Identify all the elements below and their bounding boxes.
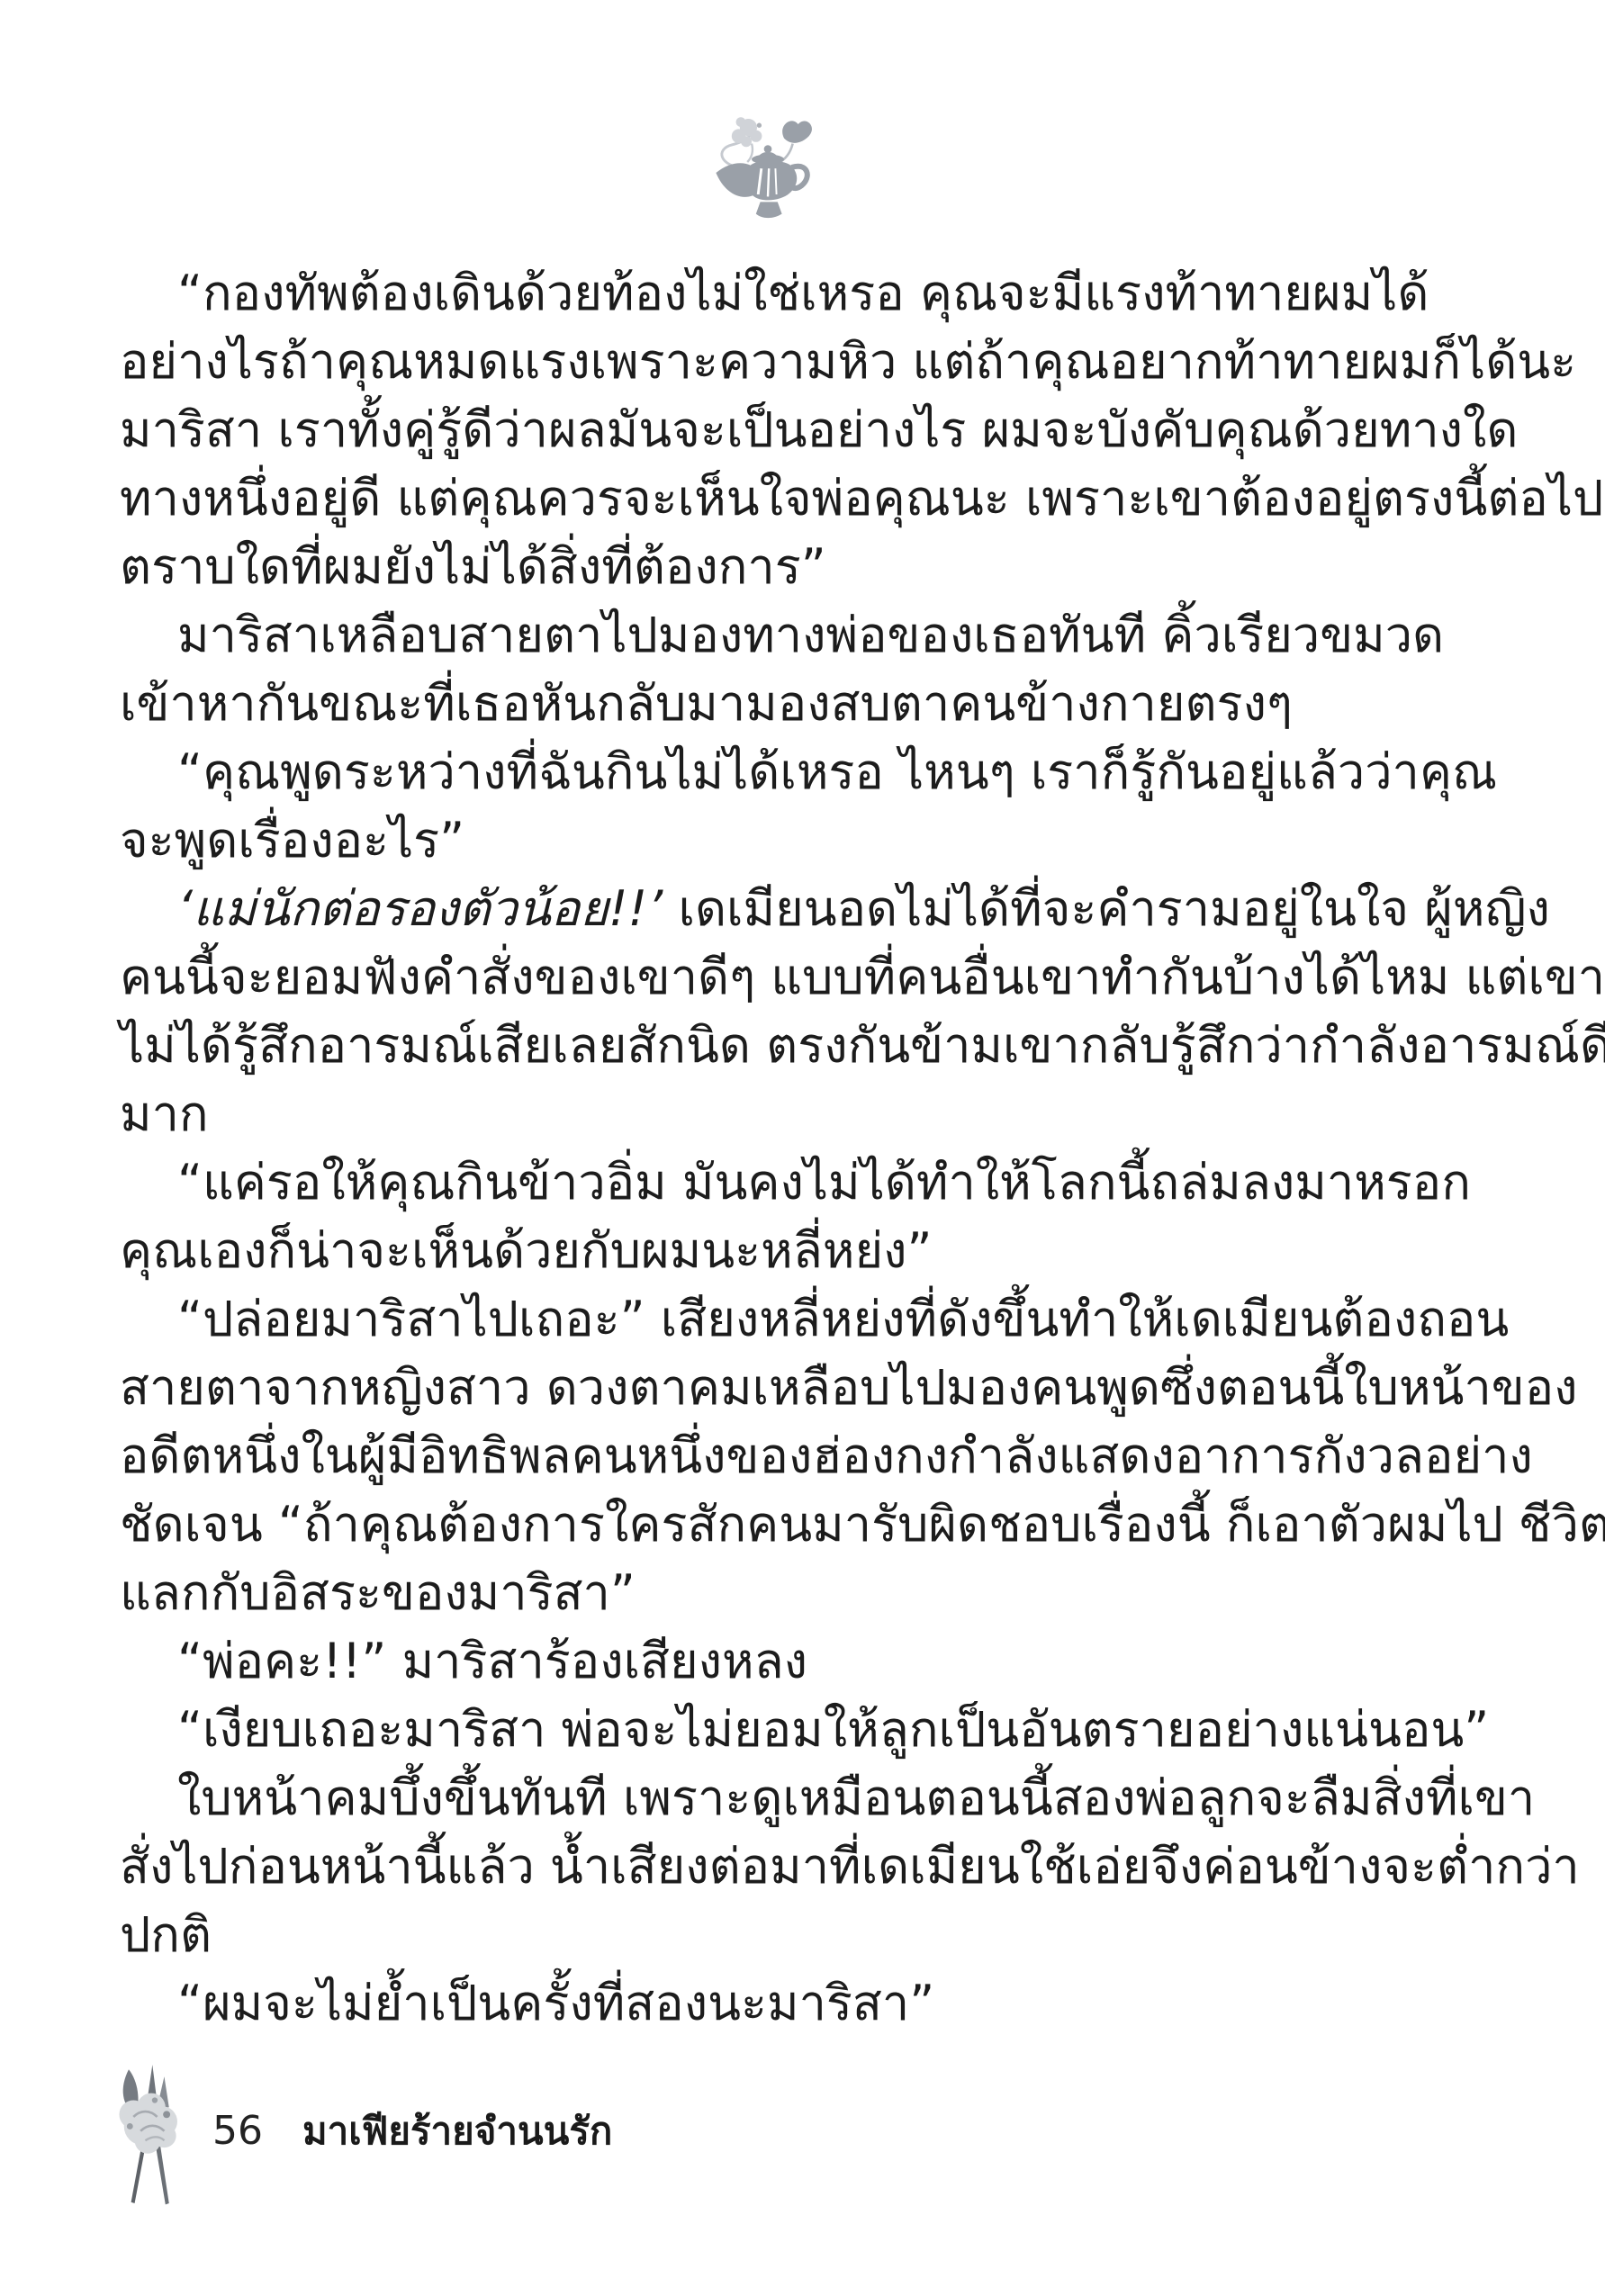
text-line: สายตาจากหญิงสาว ดวงตาคมเหลือบไปมองคนพูดซ…: [120, 1354, 1493, 1422]
text-segment: สั่งไปก่อนหน้านี้แล้ว น้ำเสียงต่อมาที่เด…: [120, 1838, 1580, 1895]
text-line: “ผมจะไม่ย้ำเป็นครั้งที่สองนะมาริสา”: [120, 1969, 1493, 2038]
text-segment: คุณเองก็น่าจะเห็นด้วยกับผมนะหลี่หย่ง”: [120, 1222, 932, 1279]
text-line: ทางหนึ่งอยู่ดี แต่คุณควรจะเห็นใจพ่อคุณนะ…: [120, 464, 1493, 533]
paragraph: มาริสาเหลือบสายตาไปมองทางพ่อของเธอทันที …: [120, 601, 1493, 738]
text-segment: เข้าหากันขณะที่เธอหันกลับมามองสบตาคนข้าง…: [120, 675, 1293, 732]
text-segment: ปกติ: [120, 1906, 212, 1963]
text-line: “เงียบเถอะมาริสา พ่อจะไม่ยอมให้ลูกเป็นอั…: [120, 1696, 1493, 1764]
text-segment: “พ่อคะ!!” มาริสาร้องเสียงหลง: [177, 1633, 807, 1689]
text-line: แลกกับอิสระของมาริสา”: [120, 1559, 1493, 1627]
text-line: ชัดเจน “ถ้าคุณต้องการใครสักคนมารับผิดชอบ…: [120, 1490, 1493, 1559]
book-title: มาเฟียร้ายจำนนรัก: [302, 2102, 612, 2161]
text-line: “คุณพูดระหว่างที่ฉันกินไม่ได้เหรอ ไหนๆ เ…: [120, 738, 1493, 806]
paragraph: ‘แม่นักต่อรองตัวน้อย!!’ เดเมียนอดไม่ได้ท…: [120, 875, 1493, 1148]
paragraph: “ปล่อยมาริสาไปเถอะ” เสียงหลี่หย่งที่ดังข…: [120, 1285, 1493, 1627]
text-segment: “คุณพูดระหว่างที่ฉันกินไม่ได้เหรอ ไหนๆ เ…: [177, 743, 1497, 800]
text-segment: ทางหนึ่งอยู่ดี แต่คุณควรจะเห็นใจพ่อคุณนะ…: [120, 470, 1603, 527]
paragraph: “ผมจะไม่ย้ำเป็นครั้งที่สองนะมาริสา”: [120, 1969, 1493, 2038]
text-segment: ตราบใดที่ผมยังไม่ได้สิ่งที่ต้องการ”: [120, 538, 826, 595]
text-line: อดีตหนึ่งในผู้มีอิทธิพลคนหนึ่งของฮ่องกงก…: [120, 1422, 1493, 1490]
header-ornament: [708, 108, 817, 227]
text-segment: ใบหน้าคมบึ้งขึ้นทันที เพราะดูเหมือนตอนนี…: [177, 1769, 1535, 1826]
text-segment: แลกกับอิสระของมาริสา”: [120, 1564, 636, 1621]
text-segment: “กองทัพต้องเดินด้วยท้องไม่ใช่เหรอ คุณจะม…: [177, 265, 1429, 321]
text-segment: “ผมจะไม่ย้ำเป็นครั้งที่สองนะมาริสา”: [177, 1975, 934, 2031]
text-segment: สายตาจากหญิงสาว ดวงตาคมเหลือบไปมองคนพูดซ…: [120, 1359, 1578, 1416]
text-segment: เดเมียนอดไม่ได้ที่จะคำรามอยู่ในใจ ผู้หญิ…: [678, 880, 1549, 937]
genie-lamp-icon: [708, 108, 817, 227]
book-page: “กองทัพต้องเดินด้วยท้องไม่ใช่เหรอ คุณจะม…: [0, 0, 1605, 2296]
text-segment: ไม่ได้รู้สึกอารมณ์เสียเลยสักนิด ตรงกันข้…: [120, 1017, 1605, 1074]
text-line: ‘แม่นักต่อรองตัวน้อย!!’ เดเมียนอดไม่ได้ท…: [120, 875, 1493, 943]
paragraph: “แค่รอให้คุณกินข้าวอิ่ม มันคงไม่ได้ทำให้…: [120, 1148, 1493, 1285]
text-segment: อดีตหนึ่งในผู้มีอิทธิพลคนหนึ่งของฮ่องกงก…: [120, 1427, 1533, 1484]
text-segment: “แค่รอให้คุณกินข้าวอิ่ม มันคงไม่ได้ทำให้…: [177, 1154, 1471, 1211]
text-segment: มาก: [120, 1085, 209, 1142]
text-line: “พ่อคะ!!” มาริสาร้องเสียงหลง: [120, 1627, 1493, 1696]
text-line: สั่งไปก่อนหน้านี้แล้ว น้ำเสียงต่อมาที่เด…: [120, 1832, 1493, 1901]
footer-text: 56 มาเฟียร้ายจำนนรัก: [212, 2102, 612, 2161]
text-segment: อย่างไรถ้าคุณหมดแรงเพราะความหิว แต่ถ้าคุ…: [120, 333, 1576, 390]
text-line: “กองทัพต้องเดินด้วยท้องไม่ใช่เหรอ คุณจะม…: [120, 259, 1493, 328]
page-number: 56: [212, 2108, 263, 2154]
text-block: “กองทัพต้องเดินด้วยท้องไม่ใช่เหรอ คุณจะม…: [120, 259, 1493, 2038]
text-line: คนนี้จะยอมฟังคำสั่งของเขาดีๆ แบบที่คนอื่…: [120, 943, 1493, 1012]
text-line: ปกติ: [120, 1901, 1493, 1969]
text-segment: “ปล่อยมาริสาไปเถอะ” เสียงหลี่หย่งที่ดังข…: [177, 1291, 1509, 1347]
paragraph: “พ่อคะ!!” มาริสาร้องเสียงหลง: [120, 1627, 1493, 1696]
text-line: คุณเองก็น่าจะเห็นด้วยกับผมนะหลี่หย่ง”: [120, 1217, 1493, 1285]
page-footer: 56 มาเฟียร้ายจำนนรัก: [106, 2057, 916, 2210]
text-line: “ปล่อยมาริสาไปเถอะ” เสียงหลี่หย่งที่ดังข…: [120, 1285, 1493, 1354]
paragraph: “เงียบเถอะมาริสา พ่อจะไม่ยอมให้ลูกเป็นอั…: [120, 1696, 1493, 1764]
text-line: มาริสาเหลือบสายตาไปมองทางพ่อของเธอทันที …: [120, 601, 1493, 670]
text-line: ใบหน้าคมบึ้งขึ้นทันที เพราะดูเหมือนตอนนี…: [120, 1764, 1493, 1832]
text-line: มาก: [120, 1080, 1493, 1148]
paragraph: ใบหน้าคมบึ้งขึ้นทันที เพราะดูเหมือนตอนนี…: [120, 1764, 1493, 1969]
text-line: ตราบใดที่ผมยังไม่ได้สิ่งที่ต้องการ”: [120, 533, 1493, 601]
text-segment: จะพูดเรื่องอะไร”: [120, 812, 464, 869]
text-line: “แค่รอให้คุณกินข้าวอิ่ม มันคงไม่ได้ทำให้…: [120, 1148, 1493, 1217]
text-segment: มาริสา เราทั้งคู่รู้ดีว่าผลมันจะเป็นอย่า…: [120, 401, 1518, 458]
text-line: เข้าหากันขณะที่เธอหันกลับมามองสบตาคนข้าง…: [120, 670, 1493, 738]
text-segment: คนนี้จะยอมฟังคำสั่งของเขาดีๆ แบบที่คนอื่…: [120, 949, 1605, 1005]
text-segment: “เงียบเถอะมาริสา พ่อจะไม่ยอมให้ลูกเป็นอั…: [177, 1701, 1489, 1758]
paragraph: “กองทัพต้องเดินด้วยท้องไม่ใช่เหรอ คุณจะม…: [120, 259, 1493, 601]
text-line: อย่างไรถ้าคุณหมดแรงเพราะความหิว แต่ถ้าคุ…: [120, 328, 1493, 396]
text-segment: มาริสาเหลือบสายตาไปมองทางพ่อของเธอทันที …: [177, 607, 1444, 663]
text-line: ไม่ได้รู้สึกอารมณ์เสียเลยสักนิด ตรงกันข้…: [120, 1012, 1493, 1080]
paragraph: “คุณพูดระหว่างที่ฉันกินไม่ได้เหรอ ไหนๆ เ…: [120, 738, 1493, 875]
text-segment: ชัดเจน “ถ้าคุณต้องการใครสักคนมารับผิดชอบ…: [120, 1496, 1605, 1553]
rose-flower-icon: [106, 2065, 196, 2207]
text-line: มาริสา เราทั้งคู่รู้ดีว่าผลมันจะเป็นอย่า…: [120, 396, 1493, 464]
text-segment: ‘แม่นักต่อรองตัวน้อย!!’: [177, 880, 678, 937]
text-line: จะพูดเรื่องอะไร”: [120, 806, 1493, 875]
